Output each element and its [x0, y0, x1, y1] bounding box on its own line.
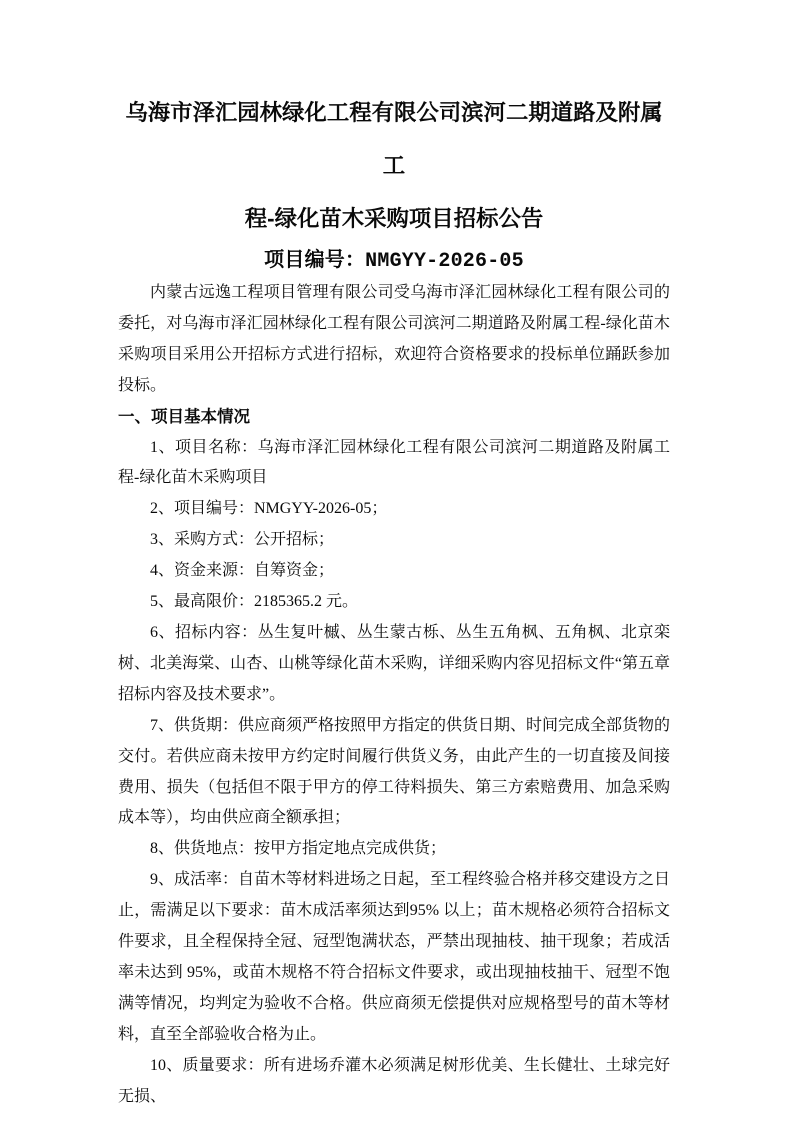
document-content: 乌海市泽汇园林绿化工程有限公司滨河二期道路及附属工 程-绿化苗木采购项目招标公告…	[118, 86, 670, 1112]
doc-paragraph: 10、质量要求：所有进场乔灌木必须满足树形优美、生长健壮、土球完好无损、	[118, 1051, 670, 1113]
project-number-heading: 项目编号：NMGYY-2026-05	[118, 245, 670, 278]
section-heading: 一、项目基本情况	[118, 402, 670, 433]
doc-paragraph: 2、项目编号：NMGYY-2026-05；	[118, 494, 670, 525]
doc-paragraph: 9、成活率：自苗木等材料进场之日起，至工程终验合格并移交建设方之日止，需满足以下…	[118, 865, 670, 1050]
document-title-line-1: 乌海市泽汇园林绿化工程有限公司滨河二期道路及附属工	[118, 86, 670, 192]
doc-paragraph: 4、资金来源：自筹资金；	[118, 556, 670, 587]
paragraphs-container: 内蒙古远逸工程项目管理有限公司受乌海市泽汇园林绿化工程有限公司的委托，对乌海市泽…	[118, 278, 670, 1112]
doc-paragraph: 6、招标内容：丛生复叶槭、丛生蒙古栎、丛生五角枫、五角枫、北京栾树、北美海棠、山…	[118, 618, 670, 711]
doc-paragraph: 7、供货期：供应商须严格按照甲方指定的供货日期、时间完成全部货物的交付。若供应商…	[118, 711, 670, 835]
doc-paragraph: 内蒙古远逸工程项目管理有限公司受乌海市泽汇园林绿化工程有限公司的委托，对乌海市泽…	[118, 278, 670, 402]
doc-paragraph: 8、供货地点：按甲方指定地点完成供货；	[118, 834, 670, 865]
document-title-line-2: 程-绿化苗木采购项目招标公告	[118, 192, 670, 245]
doc-paragraph: 5、最高限价：2185365.2 元。	[118, 587, 670, 618]
doc-paragraph: 3、采购方式：公开招标；	[118, 525, 670, 556]
doc-paragraph: 1、项目名称：乌海市泽汇园林绿化工程有限公司滨河二期道路及附属工程-绿化苗木采购…	[118, 433, 670, 495]
document-page: 乌海市泽汇园林绿化工程有限公司滨河二期道路及附属工 程-绿化苗木采购项目招标公告…	[0, 0, 793, 1122]
document-title: 乌海市泽汇园林绿化工程有限公司滨河二期道路及附属工 程-绿化苗木采购项目招标公告	[118, 86, 670, 245]
